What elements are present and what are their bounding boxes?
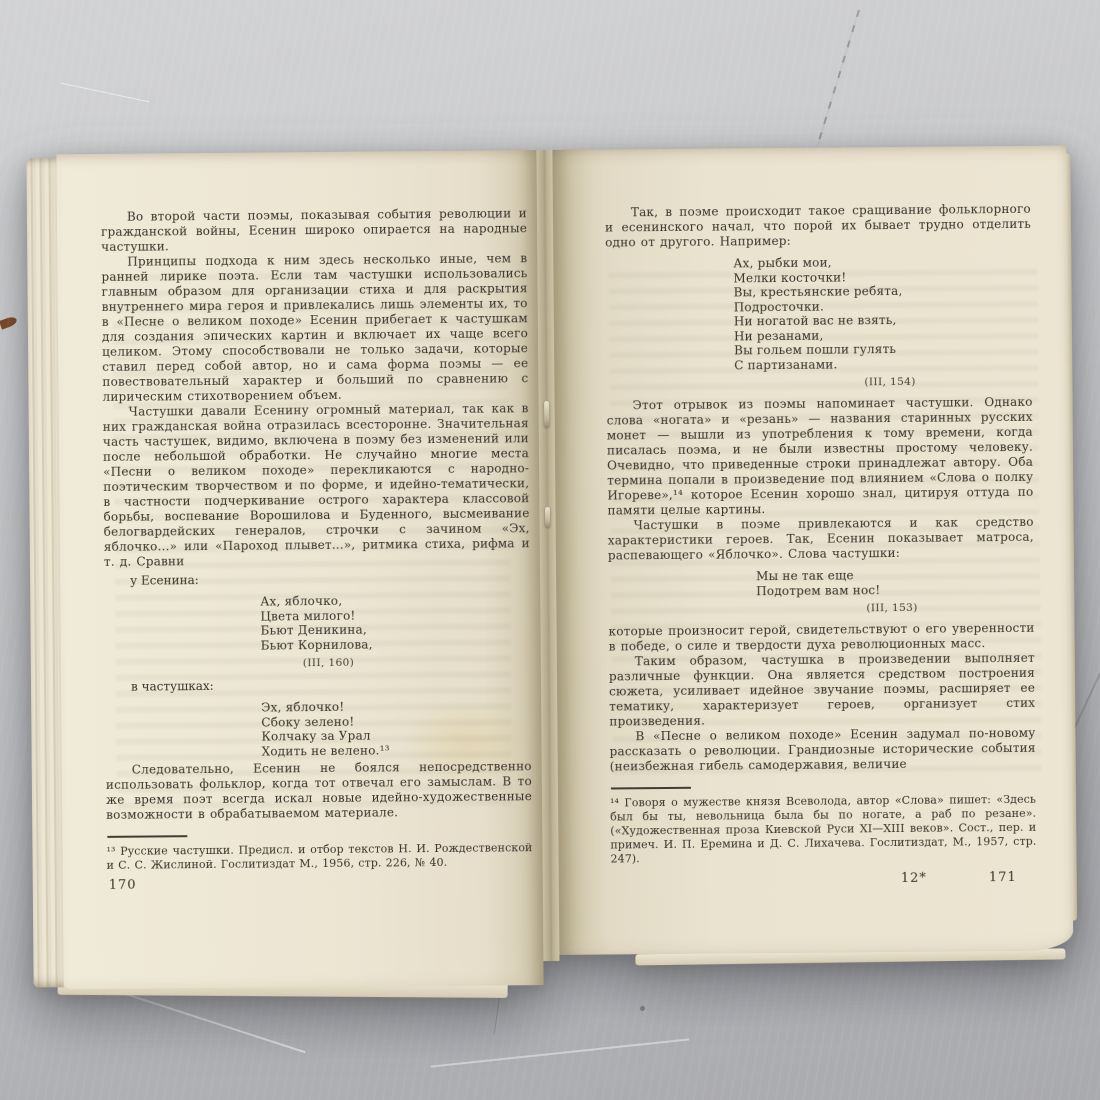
surface-scratch	[124, 993, 305, 1054]
footnote-rule	[611, 787, 691, 790]
surface-scratch	[431, 1038, 690, 1067]
surface-scratch	[61, 83, 149, 103]
footnote: ¹³ Русские частушки. Предисл. и отбор те…	[106, 841, 532, 873]
verse-quote: Ах, рыбки мои, Мелки косточки! Вы, крест…	[733, 254, 1032, 373]
open-book: Во второй части поэмы, показывая события…	[26, 145, 1073, 989]
paragraph: Во второй части поэмы, показывая события…	[101, 206, 527, 255]
paragraph: Частушки давали Есенину огромный материа…	[103, 401, 530, 570]
verse-quote: Эх, яблочко! Сбоку зелено! Колчаку за Ур…	[261, 698, 531, 758]
paragraph: В «Песне о великом походе» Есенин задума…	[609, 726, 1035, 775]
paragraph: Следовательно, Есенин не боялся непосред…	[106, 759, 533, 823]
binding-stitch	[545, 507, 550, 527]
right-page-text-block: Так, в поэме происходит такое сращивание…	[552, 145, 1072, 866]
photo-scene: Во второй части поэмы, показывая события…	[0, 0, 1100, 1100]
page-number-right: 171	[989, 870, 1017, 885]
paragraph: Принципы подхода к ним здесь несколько и…	[101, 251, 528, 405]
footnote: ¹⁴ Говоря о мужестве князя Всеволода, ав…	[610, 793, 1037, 867]
volume-citation: (III, 160)	[303, 655, 531, 669]
footnote-rule	[107, 835, 187, 838]
signature-mark: 12*	[901, 871, 927, 886]
paragraph: Таким образом, частушка в произведении в…	[609, 651, 1036, 730]
volume-citation: (III, 153)	[866, 601, 1034, 614]
right-page: Так, в поэме происходит такое сращивание…	[552, 145, 1073, 954]
verse-quote: Мы не так еще Подотрем вам нос!	[756, 567, 1034, 598]
binding-stitch	[544, 401, 549, 427]
volume-citation: (III, 154)	[864, 375, 1032, 388]
surface-speck	[640, 1006, 645, 1011]
left-page: Во второй части поэмы, показывая события…	[56, 150, 543, 989]
paragraph: Частушки в поэме привлекаются и как сред…	[608, 515, 1034, 564]
page-number-left: 170	[109, 878, 137, 893]
verse-quote: Ах, яблочко, Цвета милого! Бьют Деникина…	[260, 592, 530, 652]
verse-intro-label: в частушках:	[105, 675, 531, 695]
verse-intro-label: у Есенина:	[104, 569, 530, 589]
left-page-text-block: Во второй части поэмы, показывая события…	[56, 150, 542, 873]
page-footer-right: 12* 171	[611, 870, 1017, 889]
paragraph: Так, в поэме происходит такое сращивание…	[605, 202, 1031, 251]
paint-chip	[0, 315, 18, 329]
paragraph: Этот отрывок из поэмы напоминает частушк…	[607, 395, 1034, 519]
paragraph: которые произносит герой, свидетельствую…	[608, 621, 1034, 655]
